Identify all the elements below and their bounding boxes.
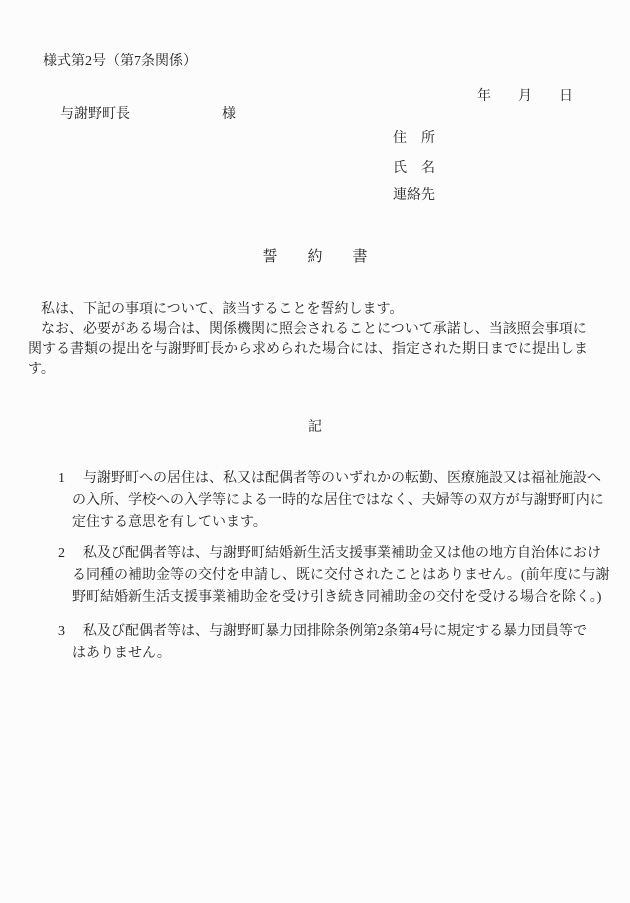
pledge-item-line: 定住する意思を有しています。 — [72, 512, 612, 534]
applicant-contact-label: 連絡先 — [393, 184, 435, 204]
pledge-item-line: 1 与謝野町への居住は、私又は配偶者等のいずれかの転勤、医療施設又は福祉施設へ — [58, 468, 612, 490]
document-title: 誓 約 書 — [0, 245, 630, 266]
pledge-item-line: る同種の補助金等の交付を申請し、既に交付されたことはありません。(前年度に与謝 — [72, 565, 612, 587]
document-page: 様式第2号（第7条関係） 年 月 日 与謝野町長 様 住 所 氏 名 連絡先 誓… — [0, 0, 630, 903]
pledge-item-line: の入所、学校への入学等による一時的な居住ではなく、夫婦等の双方が与謝野町内に — [72, 490, 612, 512]
item-number: 1 — [58, 468, 83, 490]
intro-line: 関する書類の提出を与謝野町長から求められた場合には、指定された期日までに提出しま — [28, 340, 606, 360]
intro-line: 私は、下記の事項について、該当することを誓約します。 — [41, 300, 606, 320]
applicant-name-label: 氏 名 — [393, 157, 435, 177]
list-header: 記 — [0, 416, 630, 436]
item-number: 2 — [58, 543, 83, 565]
pledge-item-line: 2 私及び配偶者等は、与謝野町結婚新生活支援事業補助金又は他の地方自治体におけ — [58, 543, 612, 565]
date-day-label: 日 — [559, 85, 573, 105]
item-text: 与謝野町への居住は、私又は配偶者等のいずれかの転勤、医療施設又は福祉施設へ — [83, 468, 601, 490]
pledge-item-line: はありません。 — [72, 643, 612, 665]
item-text: 私及び配偶者等は、与謝野町暴力団排除条例第2条第4号に規定する暴力団員等で — [83, 621, 587, 643]
pledge-item-3: 3 私及び配偶者等は、与謝野町暴力団排除条例第2条第4号に規定する暴力団員等で … — [28, 621, 612, 665]
applicant-address-label: 住 所 — [393, 127, 435, 147]
item-number: 3 — [58, 621, 83, 643]
addressee-honorific: 様 — [222, 103, 236, 123]
date-line: 年 月 日 — [477, 85, 573, 105]
intro-paragraph: 私は、下記の事項について、該当することを誓約します。 なお、必要がある場合は、関… — [28, 300, 606, 380]
pledge-item-line: 3 私及び配偶者等は、与謝野町暴力団排除条例第2条第4号に規定する暴力団員等で — [58, 621, 612, 643]
form-number: 様式第2号（第7条関係） — [43, 50, 197, 70]
pledge-item-2: 2 私及び配偶者等は、与謝野町結婚新生活支援事業補助金又は他の地方自治体におけ … — [28, 543, 612, 609]
date-year-label: 年 — [477, 85, 491, 105]
intro-line: なお、必要がある場合は、関係機関に照会されることについて承諾し、当該照会事項に — [41, 320, 606, 340]
pledge-item-line: 野町結婚新生活支援事業補助金を受け引き続き同補助金の交付を受ける場合を除く。) — [72, 587, 612, 609]
addressee-name: 与謝野町長 — [60, 103, 130, 123]
item-text: 私及び配偶者等は、与謝野町結婚新生活支援事業補助金又は他の地方自治体におけ — [83, 543, 601, 565]
date-month-label: 月 — [518, 85, 532, 105]
intro-line: す。 — [28, 360, 606, 380]
pledge-item-1: 1 与謝野町への居住は、私又は配偶者等のいずれかの転勤、医療施設又は福祉施設へ … — [28, 468, 612, 534]
